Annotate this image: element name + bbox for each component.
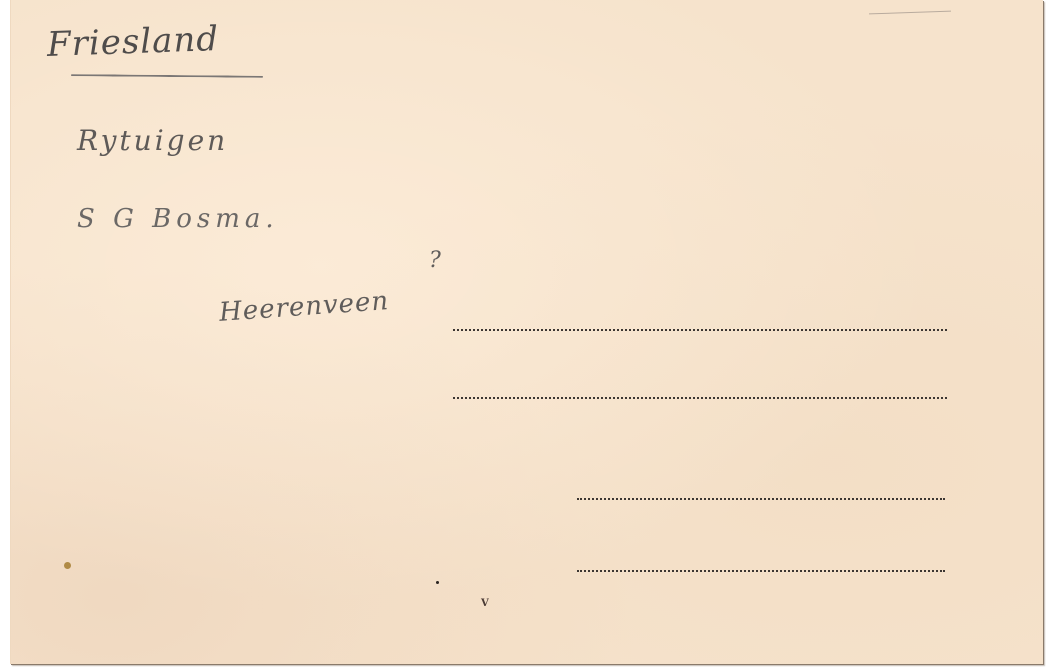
printer-mark: V bbox=[481, 598, 489, 609]
pencil-stroke-mark bbox=[869, 11, 951, 15]
handwritten-title: Friesland bbox=[46, 19, 219, 65]
stain-speck bbox=[64, 562, 71, 569]
address-line-1 bbox=[453, 329, 947, 331]
question-mark: ? bbox=[429, 248, 441, 273]
title-underline bbox=[71, 74, 263, 78]
address-line-2 bbox=[453, 397, 947, 399]
address-line-3 bbox=[577, 498, 945, 500]
postcard-back: Friesland Rytuigen S G Bosma. Heerenveen… bbox=[10, 0, 1043, 664]
handwritten-photographer: S G Bosma. bbox=[77, 204, 279, 234]
handwritten-place: Heerenveen bbox=[218, 286, 390, 328]
address-line-4 bbox=[577, 570, 945, 572]
ink-dot bbox=[436, 581, 439, 584]
handwritten-subject: Rytuigen bbox=[77, 124, 228, 157]
